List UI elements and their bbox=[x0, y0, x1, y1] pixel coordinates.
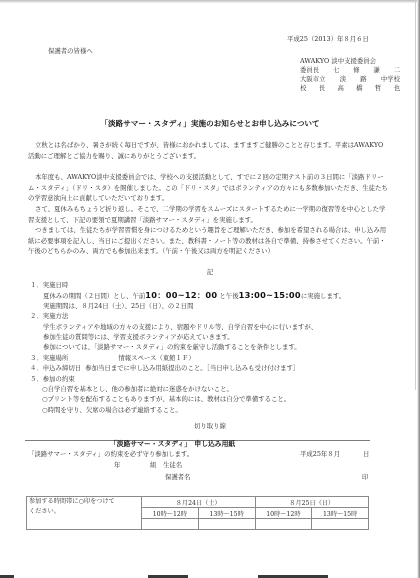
sender-org: AWAKYO 淡中支援委員会 bbox=[300, 57, 400, 66]
slot-mark-cell[interactable] bbox=[198, 519, 255, 530]
day-header-24: ８月24日（土） bbox=[142, 497, 256, 508]
sender-principal: 校 長 高 橋 哲 也 bbox=[300, 84, 400, 93]
paragraph-background: 本年度も、AWAKYO淡中支援委員会では、学校への支援活動として、すでに２回の定… bbox=[28, 172, 388, 204]
document-date: 平成25（2013）年８月６日 bbox=[287, 35, 369, 43]
sender-block: AWAKYO 淡中支援委員会 委員長 七 條 謙 二 大阪市立 淡 路 中学校 … bbox=[300, 57, 400, 93]
cut-line-label: 切り取り線 bbox=[0, 422, 420, 430]
form-pledge: 「淡路サマー・スタディ」の約束を必ず守り参加します。 bbox=[28, 450, 193, 458]
scan-top-edge bbox=[0, 0, 420, 3]
item-3: ３．実施場所情報スペース（東館１Ｆ） bbox=[30, 353, 390, 363]
item-2-line-1: 学生ボランティアや地域の方々の支援により、宿題やドリル等、自学自習を中心に行いま… bbox=[30, 322, 390, 332]
slot-mark-cell[interactable] bbox=[255, 519, 312, 530]
paragraph-greeting: 立秋とは名ばかり、暑さが続く毎日ですが、皆様におかれましては、ますますご健勝のこ… bbox=[28, 140, 388, 161]
slot-label: 13時～15時 bbox=[198, 508, 255, 519]
form-title: 「淡路サマー・スタディ」 申し込み用紙 bbox=[110, 440, 235, 448]
seal-label: 印 bbox=[362, 473, 368, 481]
schedule-instruction: 参加する時間帯に○印をつけて ください。 bbox=[27, 497, 142, 530]
slot-mark-cell[interactable] bbox=[142, 519, 199, 530]
class-label: 組 bbox=[150, 461, 156, 469]
day-header-25: ８月25日（日） bbox=[255, 497, 369, 508]
grade-label: 年 bbox=[114, 461, 120, 469]
slot-label: 13時～15時 bbox=[312, 508, 369, 519]
form-date-label: 平成25年８月 bbox=[300, 450, 340, 458]
document-title: 「淡路サマー・スタディ」実施のお知らせとお申し込みについて bbox=[0, 120, 420, 128]
slot-label: 10時～12時 bbox=[255, 508, 312, 519]
ki-heading: 記 bbox=[0, 268, 420, 276]
item-2-line-2: 参加生徒の質問等には、学習支援ボランティアが応えていきます。 bbox=[30, 332, 390, 342]
item-4: ４．申込み締切日 参加当日までに申し込み用紙提出のこと。［当日申し込みも受け付け… bbox=[30, 363, 390, 373]
slot-mark-cell[interactable] bbox=[312, 519, 369, 530]
student-name-label: 生徒名 bbox=[163, 461, 182, 469]
pm-time: 13:00~15:00 bbox=[239, 290, 301, 300]
item-2-heading: ２．実施方法 bbox=[30, 311, 390, 321]
form-day-label: 日 bbox=[363, 450, 369, 458]
slot-label: 10時～12時 bbox=[142, 508, 199, 519]
rule-3: ○時間を守り、欠席の場合は必ず連絡すること。 bbox=[30, 405, 390, 415]
scan-right-shadow bbox=[415, 0, 416, 390]
rule-2: ○プリント等を配布することもありますが、基本的には、教材は自分で準備すること。 bbox=[30, 394, 390, 404]
addressee: 保護者の皆様へ bbox=[48, 47, 93, 55]
item-1-heading: １．実施日時 bbox=[30, 280, 390, 290]
sender-chair: 委員長 七 條 謙 二 bbox=[300, 66, 400, 75]
sender-school: 大阪市立 淡 路 中学校 bbox=[300, 75, 400, 84]
paragraph-request: つきましては、生徒たちが学習習慣を身につけるためという趣旨をご理解いただき、参加… bbox=[28, 225, 388, 257]
rule-1: ○自学自習を基本とし、他の参加者に絶対に迷惑をかけないこと。 bbox=[30, 384, 390, 394]
item-2-line-3: 参加については、「淡路サマー・スタディ」の約束を厳守し活動することを条件とします… bbox=[30, 342, 390, 352]
item-5-heading: ５．参加の約束 bbox=[30, 374, 390, 384]
item-1-dates: 実施期間は、８月24日（土）、25日（日）、の２日間 bbox=[30, 301, 390, 311]
am-time: 10：00~12：00 bbox=[145, 290, 217, 300]
guardian-name-label: 保護者名 bbox=[165, 473, 191, 481]
paragraph-announcement: さて、夏休みもちょうど折り返し。そこで、二学期の学習をスムーズにスタートするため… bbox=[28, 204, 388, 225]
schedule-table: 参加する時間帯に○印をつけて ください。 ８月24日（土） ８月25日（日） 1… bbox=[26, 496, 369, 530]
details-list: １．実施日時 夏休みの期間（２日間）とし、午前10：00~12：00 と午後13… bbox=[30, 280, 390, 415]
item-1-time-line: 夏休みの期間（２日間）とし、午前10：00~12：00 と午後13:00~15:… bbox=[30, 290, 390, 300]
